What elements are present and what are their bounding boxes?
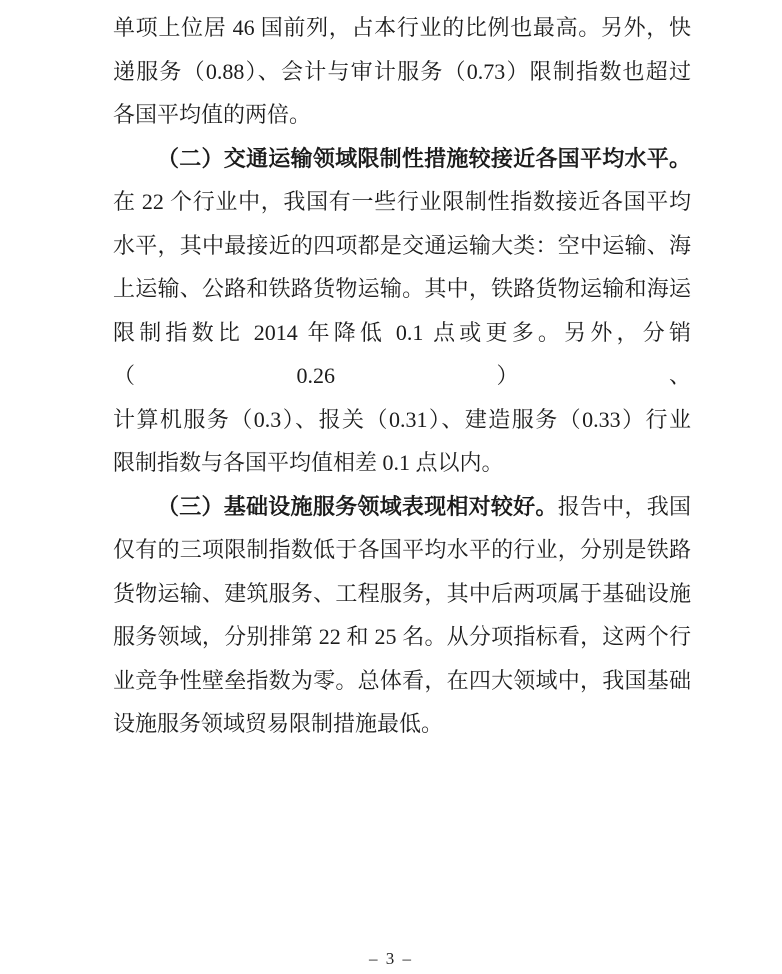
text-line: 在 22 个行业中，我国有一些行业限制性指数接近各国平均: [113, 180, 691, 224]
body-text-run: 在 22 个行业中，我国有一些行业限制性指数接近各国平均: [113, 189, 691, 214]
text-line: （三）基础设施服务领域表现相对较好。报告中，我国: [113, 485, 691, 529]
text-line: 水平，其中最接近的四项都是交通运输大类：空中运输、海: [113, 224, 691, 268]
page-number: – 3 –: [0, 948, 782, 970]
heading-text-run: （三）基础设施服务领域表现相对较好。: [157, 494, 558, 519]
para-courier-accounting: 单项上位居 46 国前列，占本行业的比例也最高。另外，快递服务（0.88）、会计…: [113, 6, 691, 137]
text-line: 限制指数比 2014 年降低 0.1 点或更多。另外，分销（0.26）、: [113, 311, 691, 398]
text-line: 单项上位居 46 国前列，占本行业的比例也最高。另外，快: [113, 6, 691, 50]
body-text-run: 业竞争性壁垒指数为零。总体看，在四大领域中，我国基础: [113, 668, 691, 693]
body-text-run: 计算机服务（0.3）、报关（0.31）、建造服务（0.33）行业: [113, 407, 691, 432]
heading-text-run: （二）交通运输领域限制性措施较接近各国平均水平。: [157, 146, 691, 171]
text-line: 递服务（0.88）、会计与审计服务（0.73）限制指数也超过: [113, 50, 691, 94]
body-text-run: 各国平均值的两倍。: [113, 102, 311, 127]
para-section-3-infrastructure: （三）基础设施服务领域表现相对较好。报告中，我国仅有的三项限制指数低于各国平均水…: [113, 485, 691, 746]
body-text-run: 货物运输、建筑服务、工程服务，其中后两项属于基础设施: [113, 581, 691, 606]
text-line: 计算机服务（0.3）、报关（0.31）、建造服务（0.33）行业: [113, 398, 691, 442]
body-text-run: 单项上位居 46 国前列，占本行业的比例也最高。另外，快: [113, 15, 691, 40]
body-text-run: 水平，其中最接近的四项都是交通运输大类：空中运输、海: [113, 233, 691, 258]
body-text-run: 递服务（0.88）、会计与审计服务（0.73）限制指数也超过: [113, 59, 691, 84]
document-page: 单项上位居 46 国前列，占本行业的比例也最高。另外，快递服务（0.88）、会计…: [0, 0, 782, 974]
text-line: 业竞争性壁垒指数为零。总体看，在四大领域中，我国基础: [113, 659, 691, 703]
body-text-run: 限制指数与各国平均值相差 0.1 点以内。: [113, 450, 504, 475]
text-line: 各国平均值的两倍。: [113, 93, 691, 137]
text-line: （二）交通运输领域限制性措施较接近各国平均水平。: [113, 137, 691, 181]
body-text-run: 上运输、公路和铁路货物运输。其中，铁路货物运输和海运: [113, 276, 691, 301]
body-text-run: 仅有的三项限制指数低于各国平均水平的行业，分别是铁路: [113, 537, 691, 562]
body-text-run: 设施服务领域贸易限制措施最低。: [113, 711, 443, 736]
text-line: 上运输、公路和铁路货物运输。其中，铁路货物运输和海运: [113, 267, 691, 311]
body-text-run: 报告中，我国: [558, 494, 691, 519]
text-line: 服务领域，分别排第 22 和 25 名。从分项指标看，这两个行: [113, 615, 691, 659]
body-text-run: 限制指数比 2014 年降低 0.1 点或更多。另外，分销（0.26）、: [113, 320, 691, 389]
text-line: 仅有的三项限制指数低于各国平均水平的行业，分别是铁路: [113, 528, 691, 572]
text-line: 设施服务领域贸易限制措施最低。: [113, 702, 691, 746]
text-line: 限制指数与各国平均值相差 0.1 点以内。: [113, 441, 691, 485]
para-section-2-transport: （二）交通运输领域限制性措施较接近各国平均水平。在 22 个行业中，我国有一些行…: [113, 137, 691, 485]
document-body: 单项上位居 46 国前列，占本行业的比例也最高。另外，快递服务（0.88）、会计…: [113, 6, 691, 746]
text-line: 货物运输、建筑服务、工程服务，其中后两项属于基础设施: [113, 572, 691, 616]
body-text-run: 服务领域，分别排第 22 和 25 名。从分项指标看，这两个行: [113, 624, 691, 649]
